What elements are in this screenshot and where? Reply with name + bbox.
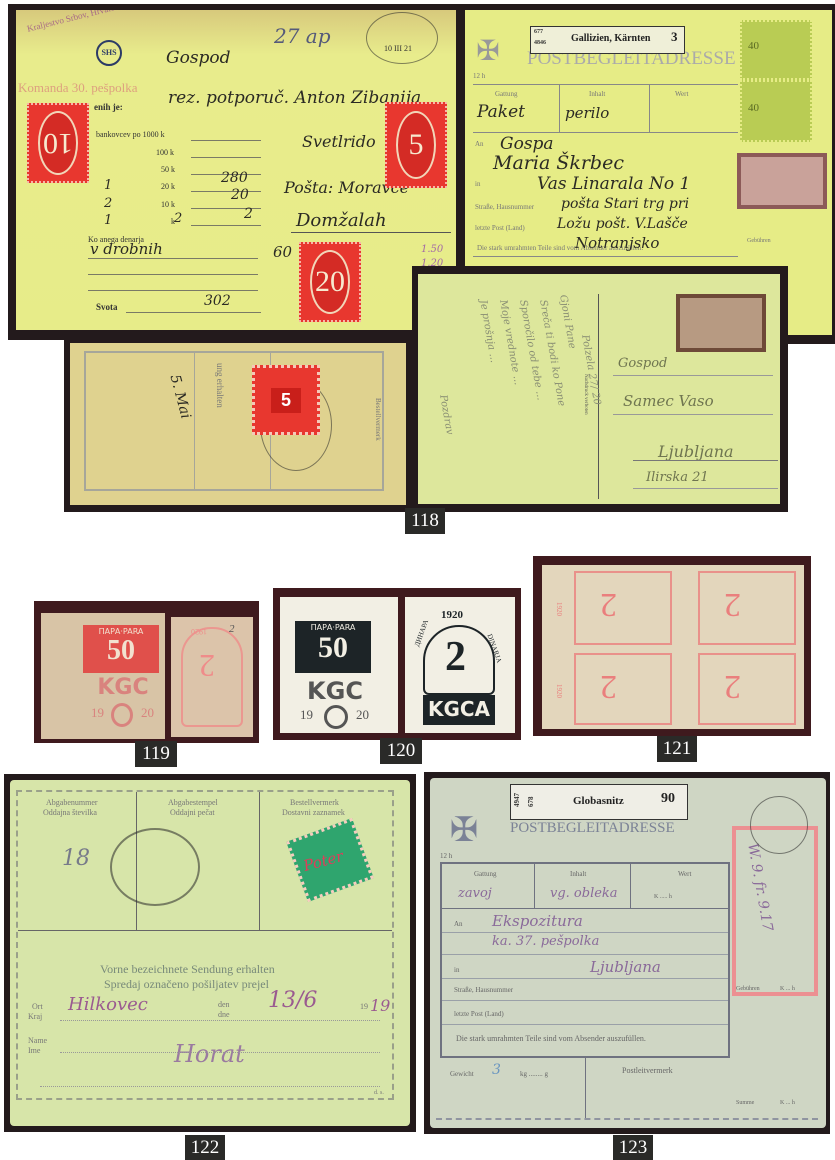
hand-addr-6: Notranjsko xyxy=(575,234,659,252)
count-1: 1 xyxy=(104,178,112,193)
col1-de: Abgabenummer xyxy=(46,798,98,807)
lot-118-postcard: Nachdruck verboten Gjoni Pane Sreča ti b… xyxy=(418,274,780,504)
den-label: den xyxy=(218,1000,230,1009)
hand-signature: Horat xyxy=(174,1040,245,1068)
lot-118-money-order: Kraljestvo Srbov, Hrvatov in Slovencev S… xyxy=(16,10,456,330)
price-123: 12 h xyxy=(440,852,452,860)
field-wert: Wert xyxy=(675,90,688,98)
field-inhalt: Inhalt xyxy=(589,90,605,98)
price: 12 h xyxy=(473,72,485,80)
stamp-20: 20 xyxy=(299,242,361,322)
hand-weight: 3 xyxy=(492,1062,501,1078)
postmark-date: 10 III 21 xyxy=(384,44,412,53)
eagle-icon-123: ✠ xyxy=(444,808,484,854)
hand-gattung-123: zavoj xyxy=(458,886,492,901)
row-1000: bankovcev po 1000 k xyxy=(96,130,165,139)
addr-line-2: Samec Vaso xyxy=(623,392,714,410)
hand-number: 18 xyxy=(62,846,90,871)
lot-122-label: 122 xyxy=(185,1135,225,1160)
lot-118-label: 118 xyxy=(405,508,445,534)
hand-salutation: Gospod xyxy=(166,48,231,68)
col3-sl: Dostavni zaznamek xyxy=(282,808,345,817)
globasnitz-postmark xyxy=(750,796,808,854)
block-stamp-2 xyxy=(698,571,796,645)
hand-addr-3: Vas Linarala No 1 xyxy=(537,174,690,194)
message-line-5: Je prošnja ... xyxy=(477,299,499,364)
name-label: Name xyxy=(28,1036,47,1045)
field-wert-123: Wert xyxy=(678,870,691,878)
hand-in-123: Ljubljana xyxy=(590,958,661,976)
field-an-123: An xyxy=(454,920,463,928)
received-text: ung erhalten xyxy=(215,363,225,408)
remaining-amount: 60 xyxy=(273,243,292,261)
ort-label: Ort xyxy=(32,1002,43,1011)
side-note-1: 1.50 xyxy=(421,244,443,255)
essay-2-black: 1920 2 KGCA ДИНАРА DINARJA xyxy=(405,597,515,733)
message-line-6: Pozdrav xyxy=(437,394,455,436)
stamp-chainbreaker-brown xyxy=(676,294,766,352)
header-suffix: enih je: xyxy=(94,102,123,112)
field-an: An xyxy=(475,140,484,148)
amount-3: 2 xyxy=(244,206,253,222)
total-label: Svota xyxy=(96,302,118,312)
hand-addr-2: Maria Škrbec xyxy=(493,152,624,174)
stamp-chainbreaker xyxy=(737,153,827,209)
amount-2: 20 xyxy=(231,187,249,203)
hand-date-122: 13/6 xyxy=(268,988,317,1013)
hand-addr-4: pošta Stari trg pri xyxy=(561,196,689,212)
addr-line-3: Ljubljana xyxy=(658,442,734,461)
field-last-123: letzte Post (Land) xyxy=(454,1010,504,1018)
sum-units: K ... h xyxy=(780,1100,795,1106)
wert-units: K ..... h xyxy=(654,894,672,900)
lot-119-label: 119 xyxy=(135,741,177,767)
field-street-123: Straße, Hausnummer xyxy=(454,986,513,994)
fees-123: Gebühren xyxy=(736,986,760,992)
hand-place-122: Hilkovec xyxy=(68,994,148,1015)
hand-gattung: Paket xyxy=(477,102,525,122)
fees-units: K ... h xyxy=(780,986,795,992)
hand-year: 19 xyxy=(370,996,390,1015)
count-3: 1 xyxy=(104,213,112,228)
hand-top-note: 27 ap xyxy=(274,24,331,48)
postmark xyxy=(366,12,438,64)
block-stamp-3 xyxy=(574,653,672,725)
delivery-receipt: Abgabenummer Oddajna številka Abgabestem… xyxy=(10,780,410,1126)
field-in-123: in xyxy=(454,966,459,974)
addr-line-1: Gospod xyxy=(618,356,667,371)
field-inhalt-123: Inhalt xyxy=(570,870,586,878)
field-gattung-123: Gattung xyxy=(474,870,497,878)
amount-1: 280 xyxy=(221,170,248,186)
bestell-label: Bestellvermerk xyxy=(374,398,382,441)
count-2: 2 xyxy=(104,196,112,211)
cancel-text: Komanda 30. pešpolka xyxy=(18,80,138,96)
block-stamp-1 xyxy=(574,571,672,645)
block-stamp-4 xyxy=(698,653,796,725)
lot-120-label: 120 xyxy=(380,738,422,764)
routing-123: Postleitvermerk xyxy=(622,1066,673,1075)
dne-label: dne xyxy=(218,1010,230,1019)
block-of-four-red: 2 2 2 2 1920 1920 xyxy=(542,565,804,729)
extra: 2 xyxy=(174,211,182,226)
field-last: letzte Post (Land) xyxy=(475,224,525,232)
col3-de: Bestellvermerk xyxy=(290,798,339,807)
col1-sl: Oddajna številka xyxy=(43,808,97,817)
ime-label: Ime xyxy=(28,1046,40,1055)
registration-label: 677 4846 Gallizien, Kärnten 3 xyxy=(530,26,685,54)
essay-50-black: ПАРА·PARA 50 KGC 19 20 xyxy=(280,597,398,733)
received-de: Vorne bezeichnete Sendung erhalten xyxy=(100,962,275,977)
title-123: POSTBEGLEITADRESSE xyxy=(510,820,675,837)
addr-line-4: Ilirska 21 xyxy=(646,470,709,485)
stamp-40-a: 40 xyxy=(740,20,812,80)
year-prefix: 19 xyxy=(360,1002,368,1011)
field-fees: Gebühren xyxy=(747,238,771,244)
kraj-label: Kraj xyxy=(28,1012,42,1021)
footer-123: Die stark umrahmten Teile sind vom Absen… xyxy=(456,1034,646,1043)
row-100: 100 k xyxy=(156,148,174,157)
hand-name: rez. potporuč. Anton Zibanija xyxy=(168,88,421,108)
hand-inhalt-123: vg. obleka xyxy=(550,886,618,901)
stamp-5-postage-due: 5 xyxy=(252,365,320,435)
hand-place: Svetlrido xyxy=(302,132,376,151)
essay-50-red: ПАРА·PARA 50 KGC 19 20 xyxy=(41,613,165,739)
row-10: 10 k xyxy=(161,200,175,209)
stamp-40-b: 40 xyxy=(740,80,812,142)
stamp-5: 5 xyxy=(385,102,447,188)
hand-an-2: ka. 37. pešpolka xyxy=(492,934,599,949)
hand-town: Domžalah xyxy=(296,210,387,231)
hand-addr-5: Ložu pošt. V.Lašče xyxy=(557,216,688,232)
total-amount: 302 xyxy=(204,293,231,309)
eagle-icon: ✠ xyxy=(471,32,505,72)
lot-123-label: 123 xyxy=(613,1135,653,1160)
lot-118-receipt: ung erhalten Bestellvermerk 5. Mai 5 xyxy=(70,343,406,505)
parcel-card-globasnitz: 4947 678 Globasnitz 90 ✠ 12 h POSTBEGLEI… xyxy=(430,778,826,1128)
field-gattung: Gattung xyxy=(495,90,518,98)
hand-inhalt: perilo xyxy=(565,104,609,122)
remaining-text: v drobnih xyxy=(90,240,163,258)
sum-123: Summe xyxy=(736,1100,754,1106)
row-50: 50 k xyxy=(161,165,175,174)
field-in: in xyxy=(475,180,480,188)
registration-label-123: 4947 678 Globasnitz 90 xyxy=(510,784,688,820)
col2-sl: Oddajni pečat xyxy=(170,808,215,817)
lot-121-label: 121 xyxy=(657,736,697,762)
hand-addr-1: Gospa xyxy=(500,134,554,154)
hand-an-1: Ekspozitura xyxy=(492,912,583,930)
message-line-1: Gjoni Pane xyxy=(557,294,577,350)
essay-2-red-inverted: 2 2 1920 xyxy=(171,617,253,737)
org-text: Kraljestvo Srbov, Hrvatov in Slovencev xyxy=(26,10,168,34)
received-sl: Spredaj označeno pošiljatev prejel xyxy=(104,977,269,992)
shs-logo: SHS xyxy=(96,40,122,66)
weight-123: Gewicht xyxy=(450,1070,474,1078)
row-20: 20 k xyxy=(161,182,175,191)
receipt-postmark-122 xyxy=(110,828,200,906)
weight-units: kg ........ g xyxy=(520,1070,548,1078)
ds-label: d. s. xyxy=(374,1090,384,1096)
field-street: Straße, Hausnummer xyxy=(475,203,534,211)
stamp-10-inverted: 10 xyxy=(27,103,89,183)
col2-de: Abgabestempel xyxy=(168,798,218,807)
